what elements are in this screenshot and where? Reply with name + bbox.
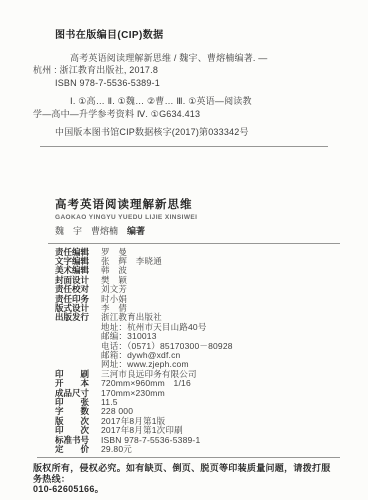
publisher-phone-row: 电话：（0571）85170300－80928 (55, 342, 338, 351)
credits-label (55, 332, 92, 341)
publisher-address-row: 地址：杭州市天目山路40号 (55, 323, 338, 332)
title-block: 高考英语阅读理解新思维 GAOKAO YINGYU YUEDU LIJIE XI… (55, 196, 338, 237)
authors-line: 魏 宇 曹熔楠 编著 (55, 224, 338, 237)
credits-row: 责任印务时小娟 (55, 295, 338, 304)
credits-label (55, 323, 92, 332)
copyright-notice: 版权所有，侵权必究。如有缺页、倒页、脱页等印装质量问题，请拨打服务热线： 010… (33, 463, 338, 495)
credits-label: 出版发行 (55, 313, 92, 322)
credits-row: 美术编辑韩 波 (55, 266, 338, 275)
cip-classification-line2: 学—高中—升学参考资料 Ⅳ. ①G634.413 (33, 108, 338, 121)
divider (48, 243, 340, 244)
divider (40, 146, 328, 147)
author-names: 魏 宇 曹熔楠 (55, 226, 127, 236)
credits-label (55, 342, 92, 351)
cip-heading: 图书在版编目(CIP)数据 (55, 30, 338, 43)
book-title: 高考英语阅读理解新思维 (55, 196, 338, 212)
credits-label: 定 价 (55, 445, 92, 454)
divider (37, 457, 340, 458)
isbn-row: 标准书号ISBN 978-7-5536-5389-1 (55, 436, 338, 445)
credits-value: 29.80元 (101, 445, 132, 454)
credits-row: 文字编辑张 辉 李晓通 (55, 257, 338, 266)
credits-row: 版 次2017年8月第1版 (55, 417, 338, 426)
credits-row: 责任编辑罗 曼 (55, 248, 338, 257)
credits-row: 成品尺寸170mm×230mm (55, 389, 338, 398)
authors-role: 编著 (127, 226, 145, 236)
book-title-pinyin: GAOKAO YINGYU YUEDU LIJIE XINSIWEI (55, 214, 338, 221)
cip-classification-line1: Ⅰ. ①高… Ⅱ. ①魏… ②曹… Ⅲ. ①英语—阅读教 (70, 95, 338, 108)
credits-row: 开 本720mm×960mm 1/16 (55, 379, 338, 388)
credits-row: 封面设计樊 颖 (55, 276, 338, 285)
cip-isbn-line: ISBN 978-7-5536-5389-1 (55, 77, 338, 90)
publisher-email-row: 邮箱：dywh@xdf.cn (55, 351, 338, 360)
service-hotline: 010-62605166。 (33, 484, 338, 495)
cip-description-line2: 杭州 : 浙江教育出版社, 2017.8 (33, 64, 338, 77)
cip-block: 图书在版编目(CIP)数据 高考英语阅读理解新思维 / 魏宇、曹熔楠编著. — … (33, 30, 338, 139)
cip-record-number: 中国版本图书馆CIP数据核字(2017)第033342号 (55, 126, 338, 139)
credits-row: 责任校对刘文芳 (55, 285, 338, 294)
book-copyright-page: 图书在版编目(CIP)数据 高考英语阅读理解新思维 / 魏宇、曹熔楠编著. — … (0, 0, 368, 500)
credits-label (55, 351, 92, 360)
price-row: 定 价29.80元 (55, 445, 338, 454)
cip-description-line1: 高考英语阅读理解新思维 / 魏宇、曹熔楠编著. — (70, 52, 338, 65)
credits-row: 字 数228 000 (55, 407, 338, 416)
copyright-line: 版权所有，侵权必究。如有缺页、倒页、脱页等印装质量问题，请拨打服务热线： (33, 463, 338, 484)
credits-row: 印 刷三河市良远印务有限公司 (55, 370, 338, 379)
imprint-table: 责任编辑罗 曼 文字编辑张 辉 李晓通 美术编辑韩 波 封面设计樊 颖 责任校对… (55, 248, 338, 455)
credits-row: 印 张11.5 (55, 398, 338, 407)
credits-row: 版式设计李 倩 (55, 304, 338, 313)
